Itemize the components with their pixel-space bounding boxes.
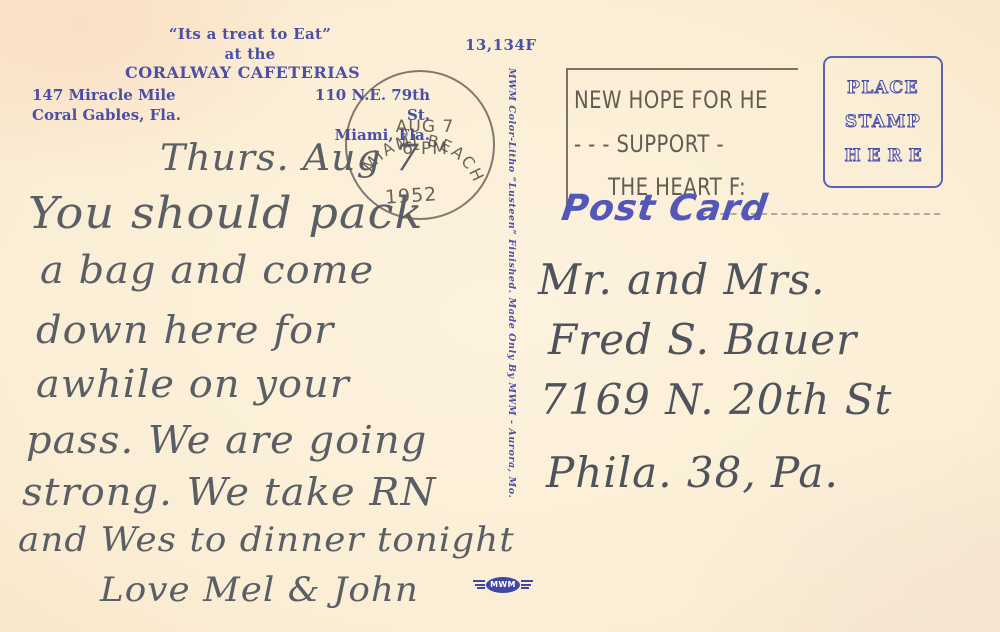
message-line: a bag and come bbox=[40, 248, 374, 292]
stamp-box-line3: HERE bbox=[844, 139, 928, 173]
logo-wing-left bbox=[473, 580, 485, 589]
mwm-logo-icon: MWM bbox=[472, 576, 534, 594]
message-line: and Wes to dinner tonight bbox=[18, 520, 515, 560]
place-stamp-box: PLACE STAMP HERE bbox=[823, 56, 943, 188]
postmark-date: AUG 7 bbox=[390, 116, 460, 138]
at-the-text: at the bbox=[150, 44, 350, 64]
slogan-text: “Its a treat to Eat” bbox=[150, 24, 350, 44]
message-line: down here for bbox=[36, 308, 334, 352]
advertiser-slogan: “Its a treat to Eat” at the bbox=[150, 24, 350, 64]
address-line-street: 7169 N. 20th St bbox=[540, 375, 892, 424]
postcard-title: Post Card bbox=[559, 188, 770, 229]
message-line: strong. We take RN bbox=[22, 470, 436, 514]
catalog-number: 13,134F bbox=[465, 36, 537, 54]
location-left-line2: Coral Gables, Fla. bbox=[32, 105, 181, 125]
location-left-line1: 147 Miracle Mile bbox=[32, 85, 181, 105]
logo-wing-right bbox=[521, 580, 533, 589]
message-signature: Love Mel & John bbox=[100, 570, 419, 610]
location-coral-gables: 147 Miracle Mile Coral Gables, Fla. bbox=[32, 85, 181, 125]
address-line-city: Phila. 38, Pa. bbox=[546, 448, 839, 497]
cancel-line-2: - - - SUPPORT - bbox=[574, 130, 724, 158]
business-name: CORALWAY CAFETERIAS bbox=[125, 63, 360, 82]
printer-imprint: MWM Color-Litho “Lusteen” Finished. Made… bbox=[506, 68, 517, 548]
stamp-box-line2: STAMP bbox=[845, 105, 921, 139]
message-line: You should pack bbox=[28, 188, 424, 239]
cancel-line-1: NEW HOPE FOR HE bbox=[574, 86, 768, 114]
message-line: awhile on your bbox=[36, 362, 350, 406]
address-line-salutation: Mr. and Mrs. bbox=[538, 255, 825, 304]
address-line-name: Fred S. Bauer bbox=[548, 315, 857, 364]
message-line: pass. We are going bbox=[26, 418, 427, 462]
stamp-box-line1: PLACE bbox=[847, 71, 919, 105]
message-date-line: Thurs. Aug 7 bbox=[160, 138, 420, 179]
logo-oval: MWM bbox=[486, 577, 520, 593]
postcard-back: “Its a treat to Eat” at the CORALWAY CAF… bbox=[0, 0, 1000, 632]
